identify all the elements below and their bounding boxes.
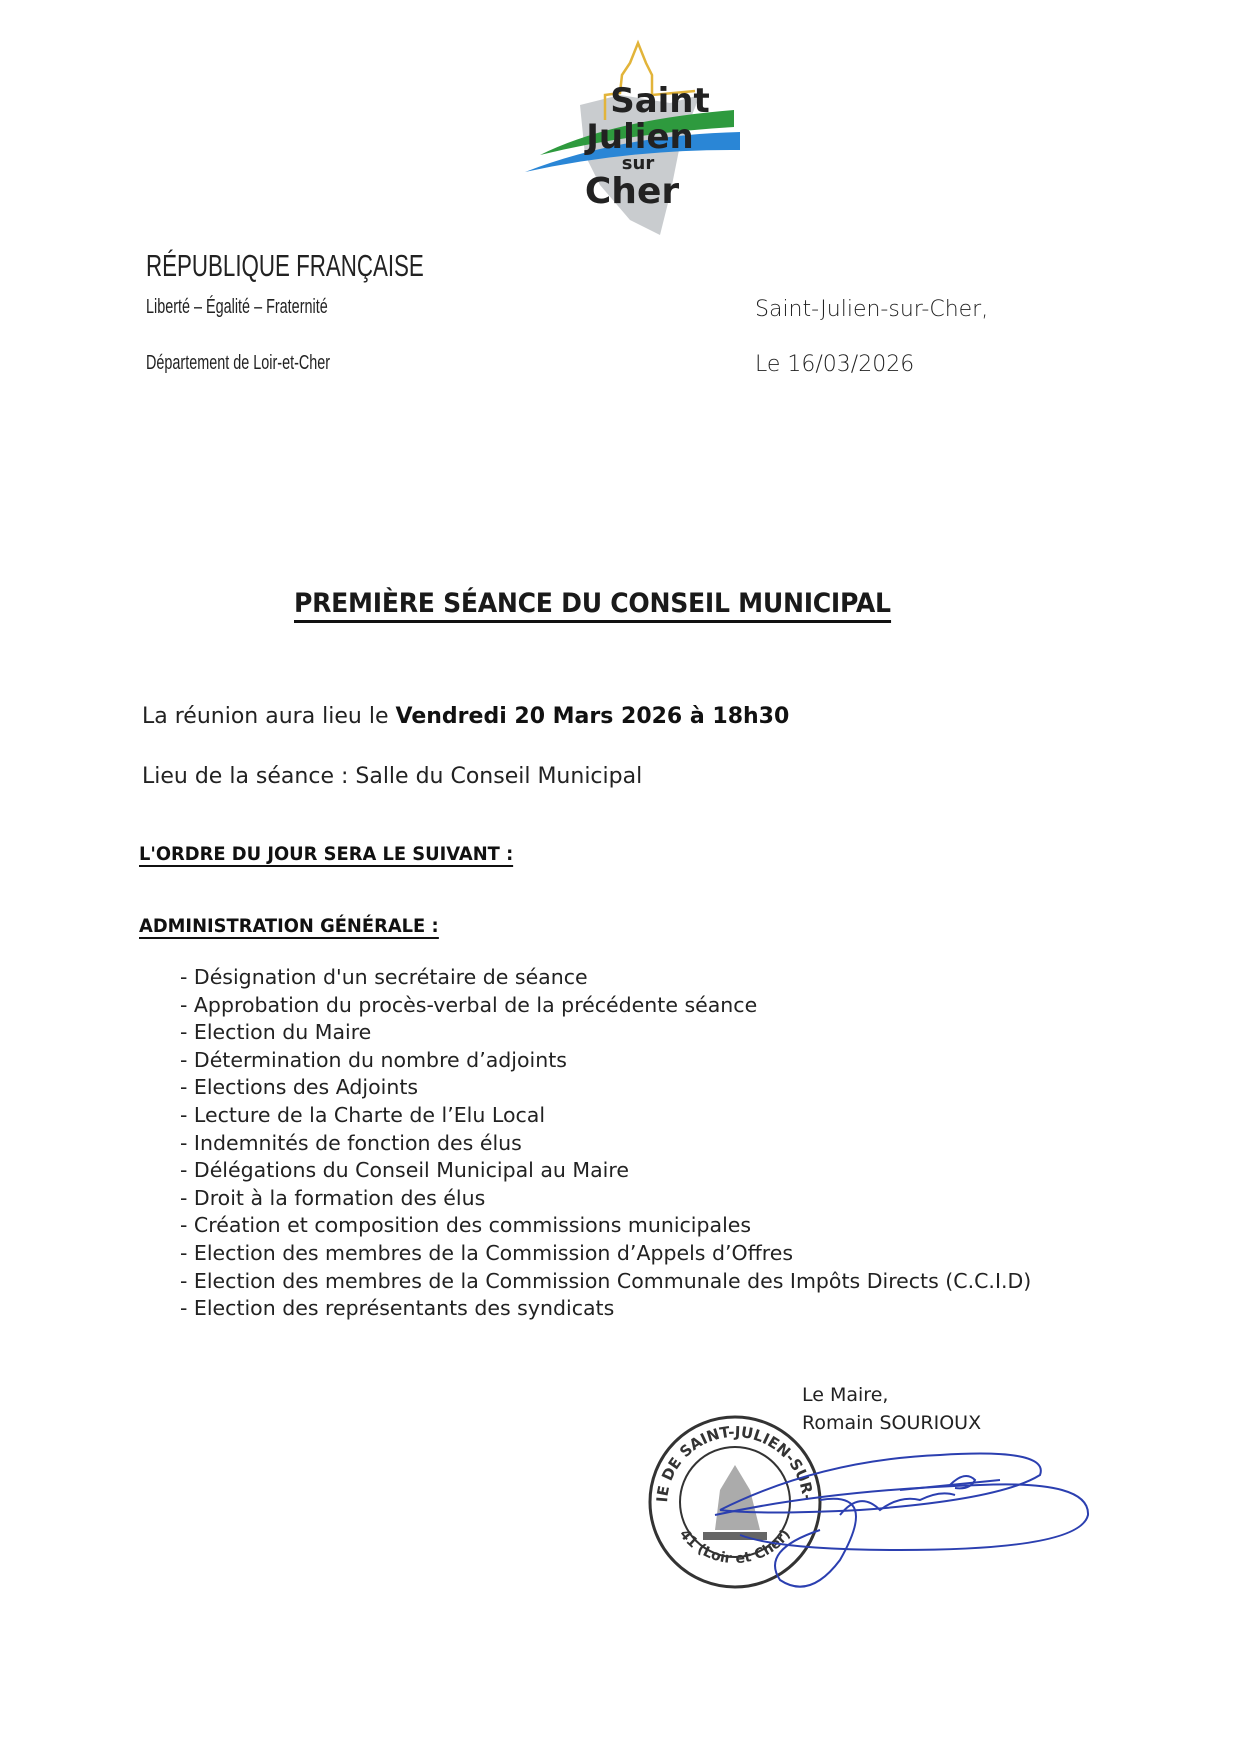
meeting-prefix: La réunion aura lieu le xyxy=(142,704,396,729)
agenda-item: - Election des membres de la Commission … xyxy=(180,1240,1031,1268)
agenda-item: - Indemnités de fonction des élus xyxy=(180,1130,1031,1158)
republic-heading: RÉPUBLIQUE FRANÇAISE xyxy=(146,248,424,284)
agenda-item: - Lecture de la Charte de l’Elu Local xyxy=(180,1102,1031,1130)
meeting-location: Lieu de la séance : Salle du Conseil Mun… xyxy=(142,764,642,789)
svg-text:Saint: Saint xyxy=(610,81,710,121)
agenda-item: - Elections des Adjoints xyxy=(180,1074,1031,1102)
signatory-name: Romain SOURIOUX xyxy=(802,1412,981,1434)
meeting-datetime-line: La réunion aura lieu le Vendredi 20 Mars… xyxy=(142,704,789,729)
agenda-item: - Désignation d'un secrétaire de séance xyxy=(180,964,1031,992)
meeting-datetime: Vendredi 20 Mars 2026 à 18h30 xyxy=(396,704,790,729)
republic-motto: Liberté – Égalité – Fraternité xyxy=(146,296,328,319)
department-label: Département de Loir-et-Cher xyxy=(146,352,330,375)
agenda-item: - Délégations du Conseil Municipal au Ma… xyxy=(180,1157,1031,1185)
document-title: PREMIÈRE SÉANCE DU CONSEIL MUNICIPAL xyxy=(294,588,891,623)
agenda-item: - Approbation du procès-verbal de la pré… xyxy=(180,992,1031,1020)
place-label: Saint-Julien-sur-Cher, xyxy=(755,297,988,322)
document-date: Le 16/03/2026 xyxy=(755,352,914,377)
agenda-heading: L'ORDRE DU JOUR SERA LE SUIVANT : xyxy=(139,843,513,867)
agenda-item: - Election du Maire xyxy=(180,1019,1031,1047)
agenda-item: - Election des représentants des syndica… xyxy=(180,1295,1031,1323)
agenda-list: - Désignation d'un secrétaire de séance … xyxy=(180,964,1031,1323)
signature-scribble-icon xyxy=(700,1440,1100,1600)
mayor-signature xyxy=(700,1440,1100,1600)
svg-text:Cher: Cher xyxy=(585,171,679,212)
agenda-item: - Création et composition des commission… xyxy=(180,1212,1031,1240)
municipality-logo: Saint Julien sur Cher xyxy=(520,35,740,245)
svg-text:Julien: Julien xyxy=(584,117,693,157)
agenda-item: - Election des membres de la Commission … xyxy=(180,1268,1031,1296)
section-heading: ADMINISTRATION GÉNÉRALE : xyxy=(139,915,439,939)
signatory-role: Le Maire, xyxy=(802,1384,888,1406)
logo-emblem-icon: Saint Julien sur Cher xyxy=(520,35,740,245)
agenda-item: - Droit à la formation des élus xyxy=(180,1185,1031,1213)
agenda-item: - Détermination du nombre d’adjoints xyxy=(180,1047,1031,1075)
